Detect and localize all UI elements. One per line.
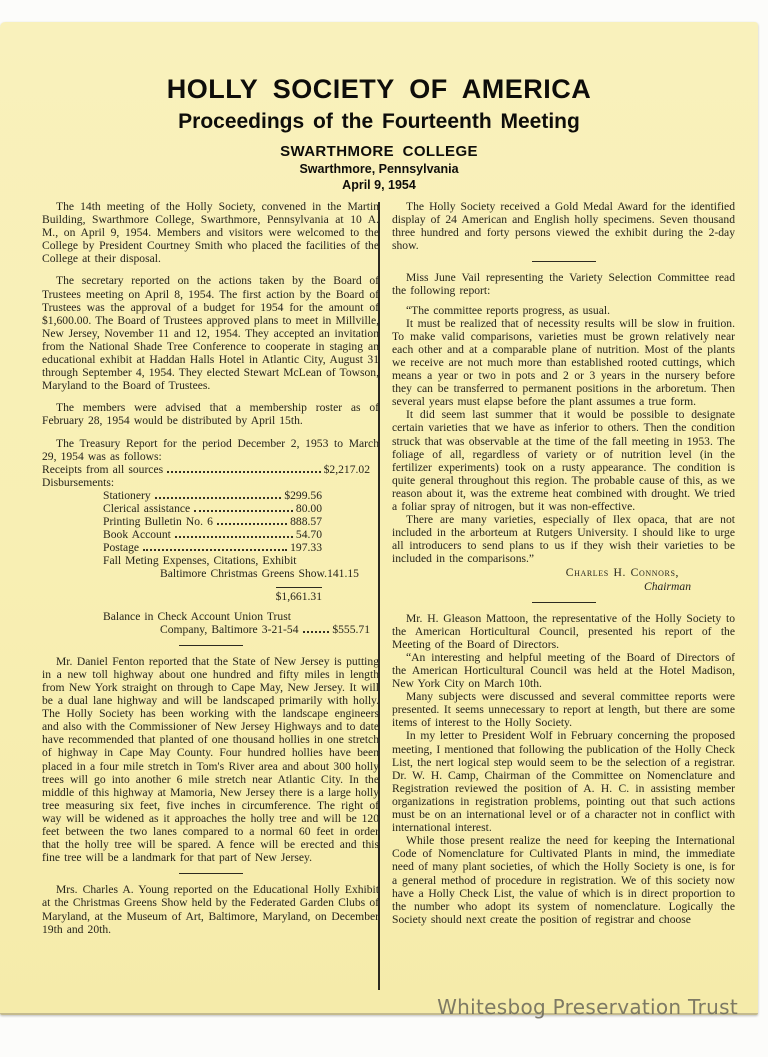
treasury-amount: $2,217.02 (324, 463, 370, 476)
doc-subtitle: Proceedings of the Fourteenth Meeting (0, 110, 758, 134)
signature-title: Chairman (392, 580, 735, 593)
paragraph-mattoon-intro: Mr. H. Gleason Mattoon, the representati… (392, 612, 735, 651)
document-page: HOLLY SOCIETY OF AMERICA Proceedings of … (0, 22, 758, 1015)
treasury-row-balance-2: Company, Baltimore 3-21-54 $555.71 (42, 623, 379, 636)
treasury-row-item: Clerical assistance 80.00 (42, 502, 379, 515)
dot-leader (194, 510, 293, 512)
paragraph-fenton-highway: Mr. Daniel Fenton reported that the Stat… (42, 655, 379, 865)
paragraph-membership-roster: The members were advised that a membersh… (42, 401, 379, 427)
treasury-label: Book Account (103, 528, 171, 541)
section-divider (532, 261, 596, 262)
treasury-row-item: Postage 197.33 (42, 541, 379, 554)
treasury-label: Receipts from all sources (42, 463, 163, 476)
section-divider (179, 645, 243, 646)
committee-report: “The committee reports progress, as usua… (392, 304, 735, 593)
treasury-label: Stationery (103, 489, 151, 502)
report-paragraph: It must be realized that of necessity re… (392, 317, 735, 409)
treasury-amount: $299.56 (284, 489, 322, 502)
dot-leader (217, 523, 287, 525)
scan-background: HOLLY SOCIETY OF AMERICA Proceedings of … (0, 0, 768, 1057)
report-paragraph: “The committee reports progress, as usua… (392, 304, 735, 317)
treasury-label: Balance in Check Account Union Trust (103, 610, 291, 623)
doc-institution: SWARTHMORE COLLEGE (0, 143, 758, 160)
treasury-row-item: Stationery $299.56 (42, 489, 379, 502)
treasury-row-fall-meeting: Fall Meting Expenses, Citations, Exhibit (42, 554, 379, 567)
signature-name: Charles H. Connors, (392, 566, 735, 579)
section-divider (532, 602, 596, 603)
treasury-amount: 197.33 (290, 541, 322, 554)
paragraph-meeting-convened: The 14th meeting of the Holly Society, c… (42, 200, 379, 265)
paragraph-gold-medal: The Holly Society received a Gold Medal … (392, 200, 735, 252)
doc-location: Swarthmore, Pennsylvania (0, 162, 758, 176)
report-paragraph: There are many varieties, especially of … (392, 513, 735, 565)
treasury-label: Fall Meting Expenses, Citations, Exhibit (103, 554, 297, 567)
report-paragraph: It did seem last summer that it would be… (392, 408, 735, 513)
treasury-row-item: Book Account 54.70 (42, 528, 379, 541)
dot-leader (155, 497, 282, 499)
paragraph-young-exhibit: Mrs. Charles A. Young reported on the Ed… (42, 883, 379, 935)
treasury-intro: The Treasury Report for the period Decem… (42, 437, 379, 463)
doc-title: HOLLY SOCIETY OF AMERICA (0, 74, 758, 105)
treasury-total-amount: $1,661.31 (42, 590, 379, 603)
treasury-label: Company, Baltimore 3-21-54 (160, 623, 299, 636)
paragraph-vail-intro: Miss June Vail representing the Variety … (392, 271, 735, 297)
left-column: The 14th meeting of the Holly Society, c… (42, 200, 379, 945)
paragraph-subjects-discussed: Many subjects were discussed and several… (392, 690, 735, 729)
dot-leader (143, 549, 287, 551)
treasury-amount: 888.57 (290, 515, 322, 528)
paragraph-secretary-report: The secretary reported on the actions ta… (42, 274, 379, 392)
dot-leader (303, 631, 330, 633)
paragraph-letter-president-wolf: In my letter to President Wolf in Februa… (392, 729, 735, 834)
treasury-label: Postage (103, 541, 139, 554)
treasury-row-receipts: Receipts from all sources $2,217.02 (42, 463, 379, 476)
treasury-amount: 54.70 (296, 528, 322, 541)
treasury-row-fall-meeting-sub: Baltimore Christmas Greens Show. 141.15 (42, 567, 379, 580)
treasury-row-item: Printing Bulletin No. 6 888.57 (42, 515, 379, 528)
treasury-row-disbursements: Disbursements: (42, 476, 379, 489)
right-column: The Holly Society received a Gold Medal … (392, 200, 735, 926)
treasury-amount: 141.15 (327, 567, 359, 580)
doc-date: April 9, 1954 (0, 178, 758, 192)
treasury-report: The Treasury Report for the period Decem… (42, 437, 379, 636)
paragraph-nomenclature-code: While those present realize the need for… (392, 834, 735, 926)
treasury-label: Printing Bulletin No. 6 (103, 515, 213, 528)
treasury-label: Disbursements: (42, 476, 114, 489)
treasury-label: Baltimore Christmas Greens Show. (160, 567, 327, 580)
treasury-amount: 80.00 (296, 502, 322, 515)
document-header: HOLLY SOCIETY OF AMERICA Proceedings of … (0, 74, 758, 192)
treasury-total-rule (276, 587, 322, 588)
dot-leader (167, 471, 321, 473)
paragraph-ahc-meeting: “An interesting and helpful meeting of t… (392, 651, 735, 690)
watermark: Whitesbog Preservation Trust (437, 995, 738, 1019)
treasury-row-balance: Balance in Check Account Union Trust (42, 610, 379, 623)
treasury-amount: $555.71 (332, 623, 370, 636)
treasury-label: Clerical assistance (103, 502, 190, 515)
section-divider (179, 873, 243, 874)
dot-leader (175, 536, 293, 538)
